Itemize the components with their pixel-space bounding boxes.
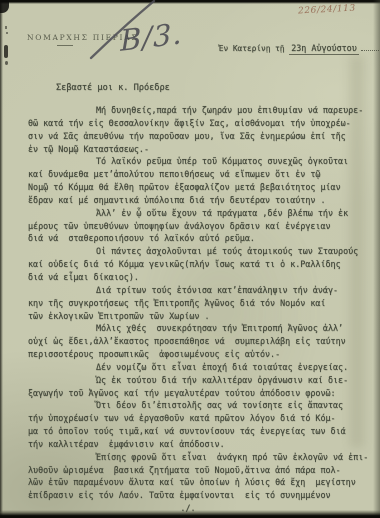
letter-line: σιν νά Σᾶς ἀπευθύνω τήν παροῦσαν μου, ἵν…: [28, 130, 372, 143]
letter-line: ἐπίδρασιν εἰς τόν Λαόν. Ταῦτα ἐμφαίνοντα…: [28, 489, 372, 502]
handwritten-filing-mark: Β/3.: [120, 16, 183, 58]
letter-line: καί δυνάμεθα μετ’ἀπολύτου πεποιθήσεως νά…: [28, 168, 372, 181]
scan-edge-top: [0, 0, 380, 4]
letter-line: διά νά σταθεροποιήσουν τό λαϊκόν αὐτό ρε…: [28, 232, 372, 245]
letter-line: λυθοῦν ὡρισμένα βασικά ζητήματα τοῦ Νομο…: [28, 464, 372, 477]
letter-line: Οἱ πάντες ἀσχολοῦνται μέ τούς ἀτομικούς …: [28, 245, 372, 258]
letter-line: Δέν νομίζω ὅτι εἶναι ἐποχή διά τοιαύτας …: [28, 361, 372, 374]
letter-line: Διά τρίτων τούς ἐτόνισα κατ’ἐπανάληψιν τ…: [28, 284, 372, 297]
letter-line: θῶ κατά τήν εἰς Θεσσαλονίκην ἄφιξίν Σας,…: [28, 117, 372, 130]
letter-line: Νομῷ τό Κόμμα θά ἔλθη πρῶτον ἐξασφαλίζον…: [28, 181, 372, 194]
date-dotted-rule: [361, 42, 380, 51]
letter-line: τήν καλλιτέραν ἐμφάνισιν καί ἀπόδοσιν.: [28, 438, 372, 451]
continuation-mark: ./.: [28, 502, 372, 515]
letter-line: κην τῆς συγκροτήσεως τῆς Ἐπιτροπῆς Ἀγῶνο…: [28, 297, 372, 310]
letter-line: μέρους τῶν ὑπευθύνων ὑποψηφίων ἀνάλογον …: [28, 220, 372, 233]
scan-edge-right: [373, 0, 380, 518]
date-prefix: Ἐν Κατερίνῃ τῇ: [219, 44, 289, 53]
letter-line: Ὅτι δέον δι’ἐπιστολῆς σας νά τονίσητε εἰ…: [28, 399, 372, 412]
letter-line: μα τό ὁποῖον τούς τιμᾶ,καί νά συντονίσου…: [28, 425, 372, 438]
letter-line: ἐν τῷ Νομῷ Καταστάσεως.-: [28, 143, 372, 156]
salutation: Σεβαστέ μοι κ. Πρόεδρε: [56, 83, 170, 93]
letterhead-underline: [57, 45, 73, 46]
letter-line: Τό λαϊκόν ρεῦμα ὑπέρ τοῦ Κόμματος συνεχῶ…: [28, 155, 372, 168]
letter-line: ἕδραν καί μέ σημαντικά ὑπόλοιπα διά τήν …: [28, 194, 372, 207]
scanned-letter-page: ΝΟΜΑΡΧΗΣ ΠΙΕΡΙΑΣ 226/24/113 Β/3. Ἐν Κατε…: [0, 0, 380, 518]
letter-line: οὐχί ὡς ἔδει,ἀλλ’ἕκαστος προσεπάθησε νά …: [28, 335, 372, 348]
margin-fleck: [5, 26, 7, 29]
letter-body: Μή δυνηθείς,παρά τήν ζωηράν μου ἐπιθυμία…: [28, 104, 372, 515]
scan-corner-mark: [0, 0, 9, 13]
margin-fleck: [6, 32, 8, 34]
letter-line: καί οὐδείς διά τό Κόμμα γενικῶς(πλήν ἴσω…: [28, 258, 372, 271]
letter-line: ξαγωγήν τοῦ Ἀγῶνος καί τήν μεγαλυτέραν τ…: [28, 387, 372, 400]
letter-line: Μόλις χθές συνεκρότησαν τήν Ἐπιτροπή Ἀγῶ…: [28, 322, 372, 335]
letter-line: τῶν ἐκλογικῶν Ἐπιτροπῶν τῶν Χωρίων .: [28, 310, 372, 323]
letter-line: περισσοτέρους προσωπικῶς ἀφοσιωμένους εἰ…: [28, 348, 372, 361]
margin-ink-mark: [4, 45, 8, 58]
handwritten-reference-number: 226/24/113: [298, 3, 356, 16]
letter-line: λῶν ἐτῶν παραμένουν ἄλυτα καί τῶν ὁποίων…: [28, 476, 372, 489]
margin-ink-dot: [5, 61, 8, 65]
date-line: Ἐν Κατερίνῃ τῇ 23η Αὐγούστου 1951: [200, 33, 380, 62]
scan-edge-left: [0, 0, 3, 518]
letter-line: διά νά εἶμαι δίκαιος).: [28, 271, 372, 284]
letter-line: Μή δυνηθείς,παρά τήν ζωηράν μου ἐπιθυμία…: [28, 104, 372, 117]
letter-line: Ὡς ἐκ τούτου διά τήν καλλιτέραν ὀργάνωσι…: [28, 374, 372, 387]
letter-line: τήν ὑποχρέωσίν των νά ἐργασθοῦν κατά πρῶ…: [28, 412, 372, 425]
date-filled-value: 23η Αὐγούστου: [289, 43, 359, 55]
letter-line: Ἐπίσης φρονῶ ὅτι εἶναι ἀνάγκη πρό τῶν ἐκ…: [28, 451, 372, 464]
letter-line: Ἀλλ’ ἐν ᾧ οὕτω ἔχουν τά πράγματα ,δέν βλ…: [28, 207, 372, 220]
